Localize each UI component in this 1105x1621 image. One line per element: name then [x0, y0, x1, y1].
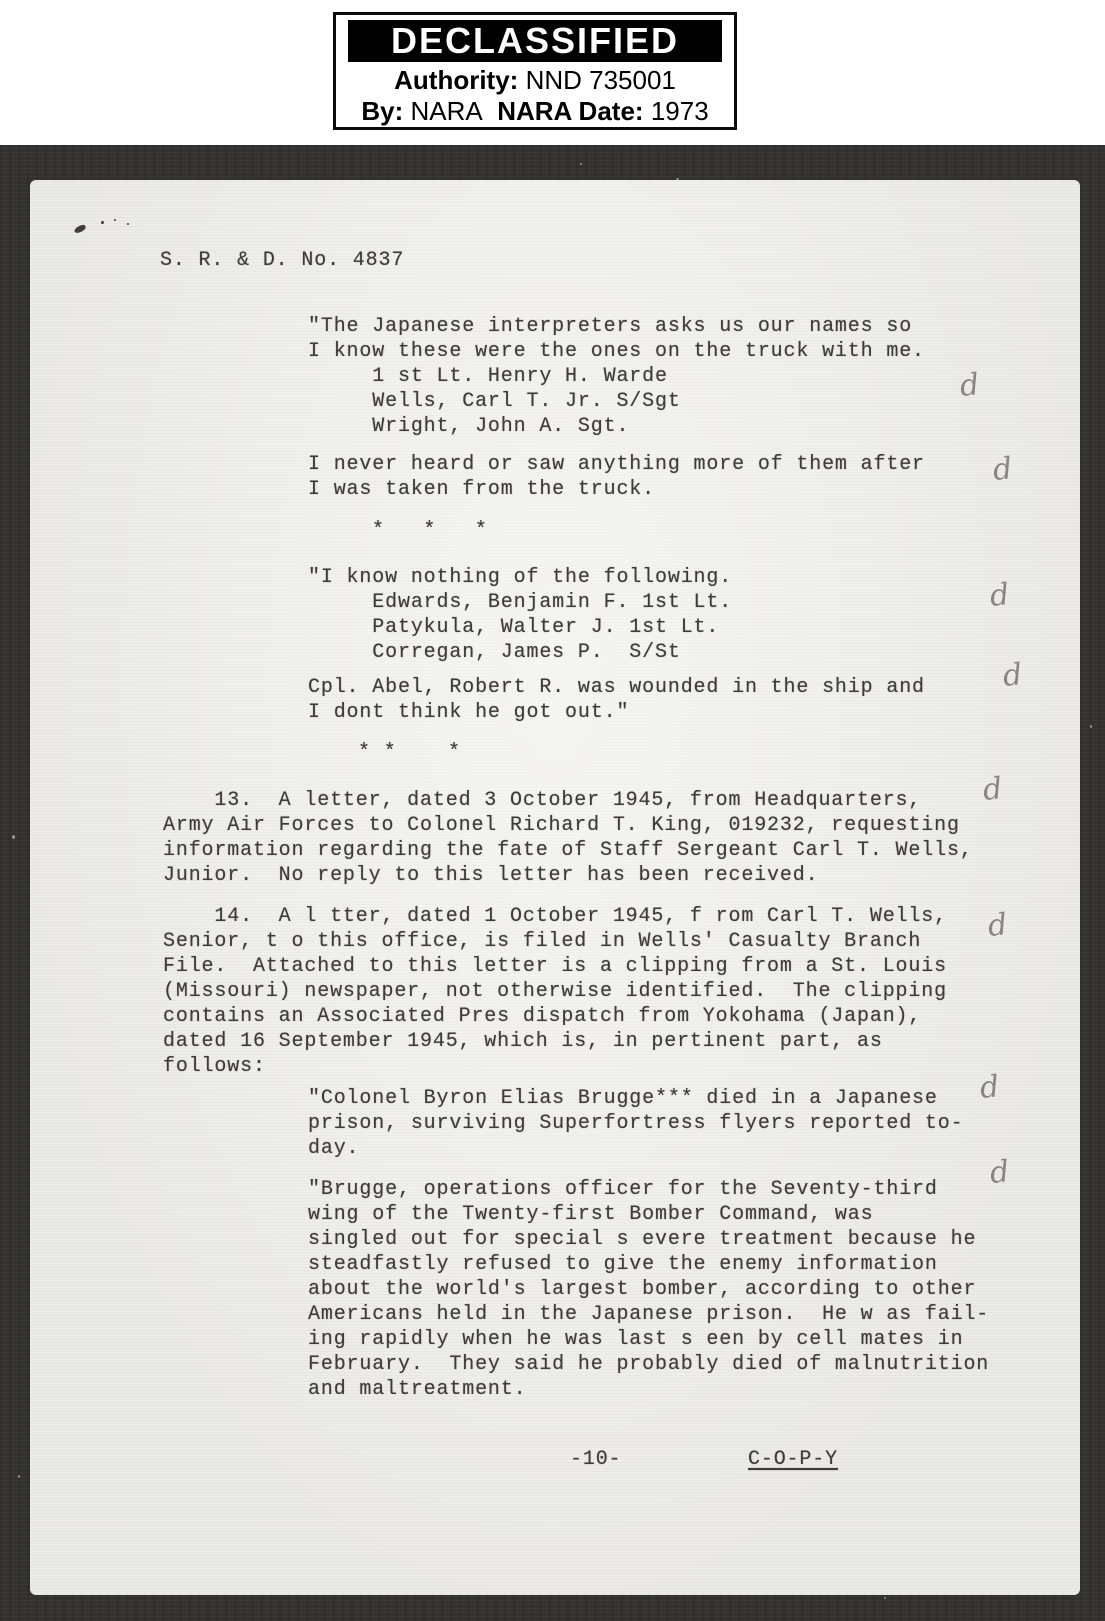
- witness-statement-names: "The Japanese interpreters asks us our n…: [308, 314, 925, 439]
- declassified-title: DECLASSIFIED: [391, 20, 679, 61]
- copy-label: C-O-P-Y: [748, 1447, 838, 1472]
- declassified-stamp: DECLASSIFIED Authority: NND 735001 By: N…: [333, 12, 737, 130]
- authority-label: Authority:: [394, 65, 518, 95]
- by-label: By:: [361, 96, 403, 126]
- handwritten-mark: d: [981, 771, 1004, 808]
- ink-speck: [127, 223, 129, 225]
- witness-statement-continuation: I never heard or saw anything more of th…: [308, 452, 925, 502]
- ink-speck: [114, 219, 116, 221]
- authority-value: NND 735001: [526, 65, 676, 95]
- date-value: 1973: [651, 96, 709, 126]
- ink-speck: [73, 224, 86, 235]
- scan-noise-speck: [1090, 725, 1092, 728]
- date-label: NARA Date:: [497, 96, 643, 126]
- handwritten-mark: d: [1001, 657, 1024, 694]
- document-page: S. R. & D. No. 4837 "The Japanese interp…: [30, 180, 1080, 1595]
- by-date-line: By: NARA NARA Date: 1973: [336, 96, 734, 127]
- handwritten-mark: d: [988, 577, 1011, 614]
- witness-statement-unknown: "I know nothing of the following. Edward…: [308, 565, 732, 665]
- asterisk-separator: * * *: [358, 740, 461, 765]
- newspaper-quote-brugge-details: "Brugge, operations officer for the Seve…: [308, 1177, 989, 1402]
- handwritten-mark: d: [978, 1069, 1001, 1106]
- scan-dark-border: S. R. & D. No. 4837 "The Japanese interp…: [0, 145, 1105, 1621]
- asterisk-separator: * * *: [372, 518, 488, 543]
- handwritten-mark: d: [988, 1154, 1011, 1191]
- scan-noise-speck: [884, 1597, 886, 1599]
- handwritten-mark: d: [958, 367, 981, 404]
- by-value: NARA: [410, 96, 482, 126]
- ink-speck: [101, 221, 104, 224]
- paragraph-14: 14. A l tter, dated 1 October 1945, f ro…: [163, 904, 947, 1079]
- scan-noise-speck: [580, 163, 582, 165]
- newspaper-quote-brugge-death: "Colonel Byron Elias Brugge*** died in a…: [308, 1086, 963, 1161]
- document-number: S. R. & D. No. 4837: [160, 248, 404, 273]
- declassified-banner: DECLASSIFIED: [348, 20, 722, 62]
- scan-noise-speck: [18, 1475, 20, 1478]
- authority-line: Authority: NND 735001: [336, 65, 734, 96]
- witness-statement-abel: Cpl. Abel, Robert R. was wounded in the …: [308, 675, 925, 725]
- paragraph-13: 13. A letter, dated 3 October 1945, from…: [163, 788, 973, 888]
- scan-noise-speck: [12, 835, 15, 839]
- page-number: -10-: [570, 1447, 621, 1472]
- handwritten-mark: d: [986, 907, 1009, 944]
- handwritten-mark: d: [991, 451, 1014, 488]
- scan-top-margin: DECLASSIFIED Authority: NND 735001 By: N…: [0, 0, 1105, 145]
